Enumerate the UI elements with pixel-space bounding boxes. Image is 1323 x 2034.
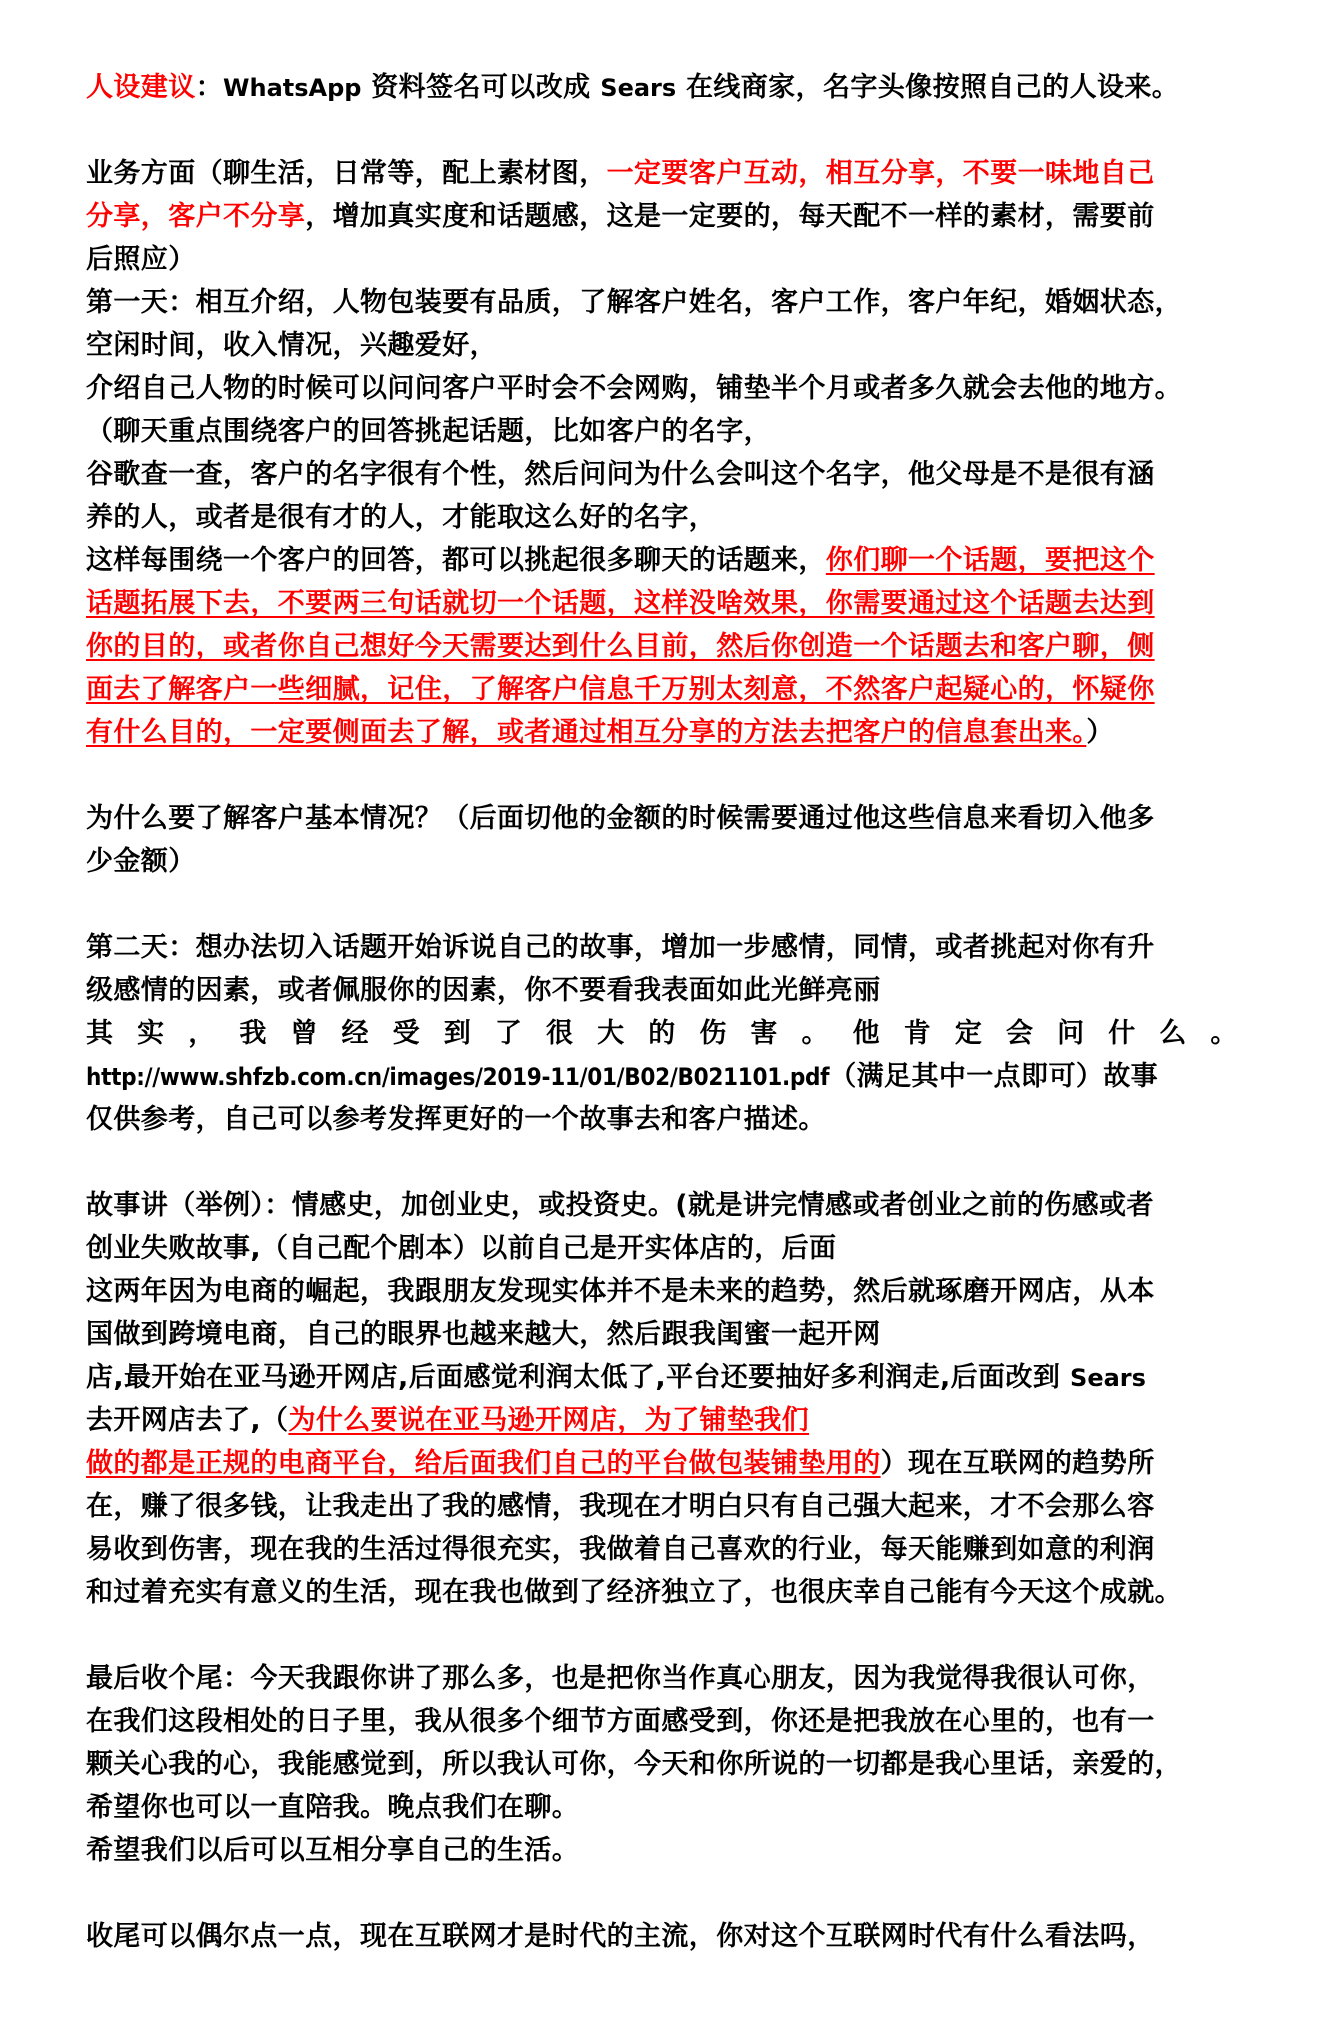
persona-label: 人设建议 xyxy=(86,72,196,103)
closing-line-4: 希望你也可以一直陪我。晚点我们在聊。 xyxy=(86,1786,1238,1829)
day-two-line-5: 仅供参考，自己可以参考发挥更好的一个故事去和客户描述。 xyxy=(86,1098,1238,1141)
day-one-line-2: 空闲时间，收入情况，兴趣爱好， xyxy=(86,324,1238,367)
day-two-line-3: 其 实 ， 我 曾 经 受 到 了 很 大 的 伤 害 。 他 肯 定 会 问 … xyxy=(86,1012,1238,1055)
spacer xyxy=(86,1141,1238,1184)
day-two-line-2: 级感情的因素，或者佩服你的因素，你不要看我表面如此光鲜亮丽 xyxy=(86,969,1238,1012)
day-one-emphasis: 你的目的，或者你自己想好今天需要达到什么目前，然后你创造一个话题去和客户聊，侧 xyxy=(86,631,1155,662)
story-line-4: 国做到跨境电商，自己的眼界也越来越大，然后跟我闺蜜一起开网 xyxy=(86,1313,1238,1356)
story-line-1: 故事讲（举例）：情感史，加创业史，或投资史。(就是讲完情感或者创业之前的伤感或者 xyxy=(86,1184,1238,1227)
char: 曾 xyxy=(290,1012,317,1055)
day-one-emphasis: 面去了解客户一些细腻，记住，了解客户信息千万别太刻意，不然客户起疑心的，怀疑你 xyxy=(86,674,1155,705)
char: 伤 xyxy=(699,1012,726,1055)
story-line-2: 创业失败故事,（自己配个剧本）以前自己是开实体店的，后面 xyxy=(86,1227,1238,1270)
char: 问 xyxy=(1057,1012,1084,1055)
char: 。 xyxy=(1210,1012,1237,1055)
day-one-line-6: 养的人，或者是很有才的人，才能取这么好的名字， xyxy=(86,496,1238,539)
story-sears: Sears xyxy=(1070,1364,1146,1392)
story-line-8: 在，赚了很多钱，让我走出了我的感情，我现在才明白只有自己强大起来，才不会那么容 xyxy=(86,1485,1238,1528)
day-one-line-10: 面去了解客户一些细腻，记住，了解客户信息千万别太刻意，不然客户起疑心的，怀疑你 xyxy=(86,668,1238,711)
day-one-line-4: （聊天重点围绕客户的回答挑起话题，比如客户的名字， xyxy=(86,410,1238,453)
story-line-6: 去开网店去了,（为什么要说在亚马逊开网店，为了铺垫我们 xyxy=(86,1399,1238,1442)
persona-colon: ： xyxy=(196,72,223,103)
char: 的 xyxy=(648,1012,675,1055)
persona-line: 人设建议：WhatsApp 资料签名可以改成 Sears 在线商家，名字头像按照… xyxy=(86,66,1238,109)
char: 。 xyxy=(802,1012,829,1055)
day-one-text: 这样每围绕一个客户的回答，都可以挑起很多聊天的话题来， xyxy=(86,545,826,576)
day-one-line-1: 第一天：相互介绍，人物包装要有品质，了解客户姓名，客户工作，客户年纪，婚姻状态， xyxy=(86,281,1238,324)
day-one-text: ） xyxy=(1086,717,1113,748)
business-line-2: 分享，客户不分享，增加真实度和话题感，这是一定要的，每天配不一样的素材，需要前 xyxy=(86,195,1238,238)
story-emphasis: 为什么要说在亚马逊开网店，为了铺垫我们 xyxy=(288,1405,809,1436)
char: 了 xyxy=(495,1012,522,1055)
char: ， xyxy=(188,1012,215,1055)
story-text: ）现在互联网的趋势所 xyxy=(881,1448,1155,1479)
closing-line-5: 希望我们以后可以互相分享自己的生活。 xyxy=(86,1829,1238,1872)
char: 我 xyxy=(239,1012,266,1055)
char: 其 xyxy=(86,1012,113,1055)
char: 大 xyxy=(597,1012,624,1055)
char: 么 xyxy=(1159,1012,1186,1055)
char: 很 xyxy=(546,1012,573,1055)
business-emphasis: 分享，客户不分享 xyxy=(86,201,305,232)
persona-sears: Sears xyxy=(600,74,676,102)
spacer xyxy=(86,754,1238,797)
char: 害 xyxy=(750,1012,777,1055)
day-two-line-4: http://www.shfzb.com.cn/images/2019-11/0… xyxy=(86,1055,1238,1098)
why-line-2: 少金额） xyxy=(86,840,1238,883)
char: 到 xyxy=(444,1012,471,1055)
closing-line-2: 在我们这段相处的日子里，我从很多个细节方面感受到，你还是把我放在心里的，也有一 xyxy=(86,1700,1238,1743)
day-one-emphasis: 有什么目的，一定要侧面去了解，或者通过相互分享的方法去把客户的信息套出来。 xyxy=(86,717,1086,748)
day-one-line-7: 这样每围绕一个客户的回答，都可以挑起很多聊天的话题来，你们聊一个话题，要把这个 xyxy=(86,539,1238,582)
day-one-line-5: 谷歌查一查，客户的名字很有个性，然后问问为什么会叫这个名字，他父母是不是很有涵 xyxy=(86,453,1238,496)
business-line-1: 业务方面（聊生活，日常等，配上素材图，一定要客户互动，相互分享，不要一味地自己 xyxy=(86,152,1238,195)
business-text: 业务方面（聊生活，日常等，配上素材图， xyxy=(86,158,607,189)
closing-line-1: 最后收个尾：今天我跟你讲了那么多，也是把你当作真心朋友，因为我觉得我很认可你， xyxy=(86,1657,1238,1700)
persona-whatsapp: WhatsApp xyxy=(223,74,361,102)
business-line-3: 后照应） xyxy=(86,238,1238,281)
char: 经 xyxy=(342,1012,369,1055)
story-line-7: 做的都是正规的电商平台，给后面我们自己的平台做包装铺垫用的）现在互联网的趋势所 xyxy=(86,1442,1238,1485)
story-line-3: 这两年因为电商的崛起，我跟朋友发现实体并不是未来的趋势，然后就琢磨开网店，从本 xyxy=(86,1270,1238,1313)
day-one-line-9: 你的目的，或者你自己想好今天需要达到什么目前，然后你创造一个话题去和客户聊，侧 xyxy=(86,625,1238,668)
day-two-text: （满足其中一点即可）故事 xyxy=(829,1061,1158,1092)
story-emphasis: 做的都是正规的电商平台，给后面我们自己的平台做包装铺垫用的 xyxy=(86,1448,881,1479)
day-one-line-11: 有什么目的，一定要侧面去了解，或者通过相互分享的方法去把客户的信息套出来。） xyxy=(86,711,1238,754)
day-two-line-1: 第二天：想办法切入话题开始诉说自己的故事，增加一步感情，同情，或者挑起对你有升 xyxy=(86,926,1238,969)
char: 他 xyxy=(853,1012,880,1055)
story-reference-link[interactable]: http://www.shfzb.com.cn/images/2019-11/0… xyxy=(86,1063,829,1091)
char: 定 xyxy=(955,1012,982,1055)
ending-line-1: 收尾可以偶尔点一点，现在互联网才是时代的主流，你对这个互联网时代有什么看法吗， xyxy=(86,1915,1238,1958)
day-one-emphasis: 你们聊一个话题，要把这个 xyxy=(826,545,1155,576)
spacer xyxy=(86,883,1238,926)
char: 什 xyxy=(1108,1012,1135,1055)
story-text: 店,最开始在亚马逊开网店,后面感觉利润太低了,平台还要抽好多利润走,后面改到 xyxy=(86,1362,1070,1393)
story-line-10: 和过着充实有意义的生活，现在我也做到了经济独立了，也很庆幸自己能有今天这个成就。 xyxy=(86,1571,1238,1614)
closing-line-3: 颗关心我的心，我能感觉到，所以我认可你，今天和你所说的一切都是我心里话，亲爱的， xyxy=(86,1743,1238,1786)
char: 会 xyxy=(1006,1012,1033,1055)
persona-text-end: 在线商家，名字头像按照自己的人设来。 xyxy=(676,72,1179,103)
business-text: ，增加真实度和话题感，这是一定要的，每天配不一样的素材，需要前 xyxy=(305,201,1154,232)
document-page: 人设建议：WhatsApp 资料签名可以改成 Sears 在线商家，名字头像按照… xyxy=(86,66,1238,1958)
day-one-emphasis: 话题拓展下去，不要两三句话就切一个话题，这样没啥效果，你需要通过这个话题去达到 xyxy=(86,588,1155,619)
day-one-line-8: 话题拓展下去，不要两三句话就切一个话题，这样没啥效果，你需要通过这个话题去达到 xyxy=(86,582,1238,625)
char: 受 xyxy=(393,1012,420,1055)
day-one-line-3: 介绍自己人物的时候可以问问客户平时会不会网购，铺垫半个月或者多久就会去他的地方。 xyxy=(86,367,1238,410)
char: 实 xyxy=(137,1012,164,1055)
business-emphasis: 一定要客户互动，相互分享，不要一味地自己 xyxy=(607,158,1155,189)
why-line-1: 为什么要了解客户基本情况？（后面切他的金额的时候需要通过他这些信息来看切入他多 xyxy=(86,797,1238,840)
story-text: 去开网店去了,（ xyxy=(86,1405,288,1436)
story-line-5: 店,最开始在亚马逊开网店,后面感觉利润太低了,平台还要抽好多利润走,后面改到 S… xyxy=(86,1356,1238,1399)
spacer xyxy=(86,109,1238,152)
story-line-9: 易收到伤害，现在我的生活过得很充实，我做着自己喜欢的行业，每天能赚到如意的利润 xyxy=(86,1528,1238,1571)
persona-text: 资料签名可以改成 xyxy=(361,72,600,103)
spacer xyxy=(86,1614,1238,1657)
char: 肯 xyxy=(904,1012,931,1055)
spacer xyxy=(86,1872,1238,1915)
